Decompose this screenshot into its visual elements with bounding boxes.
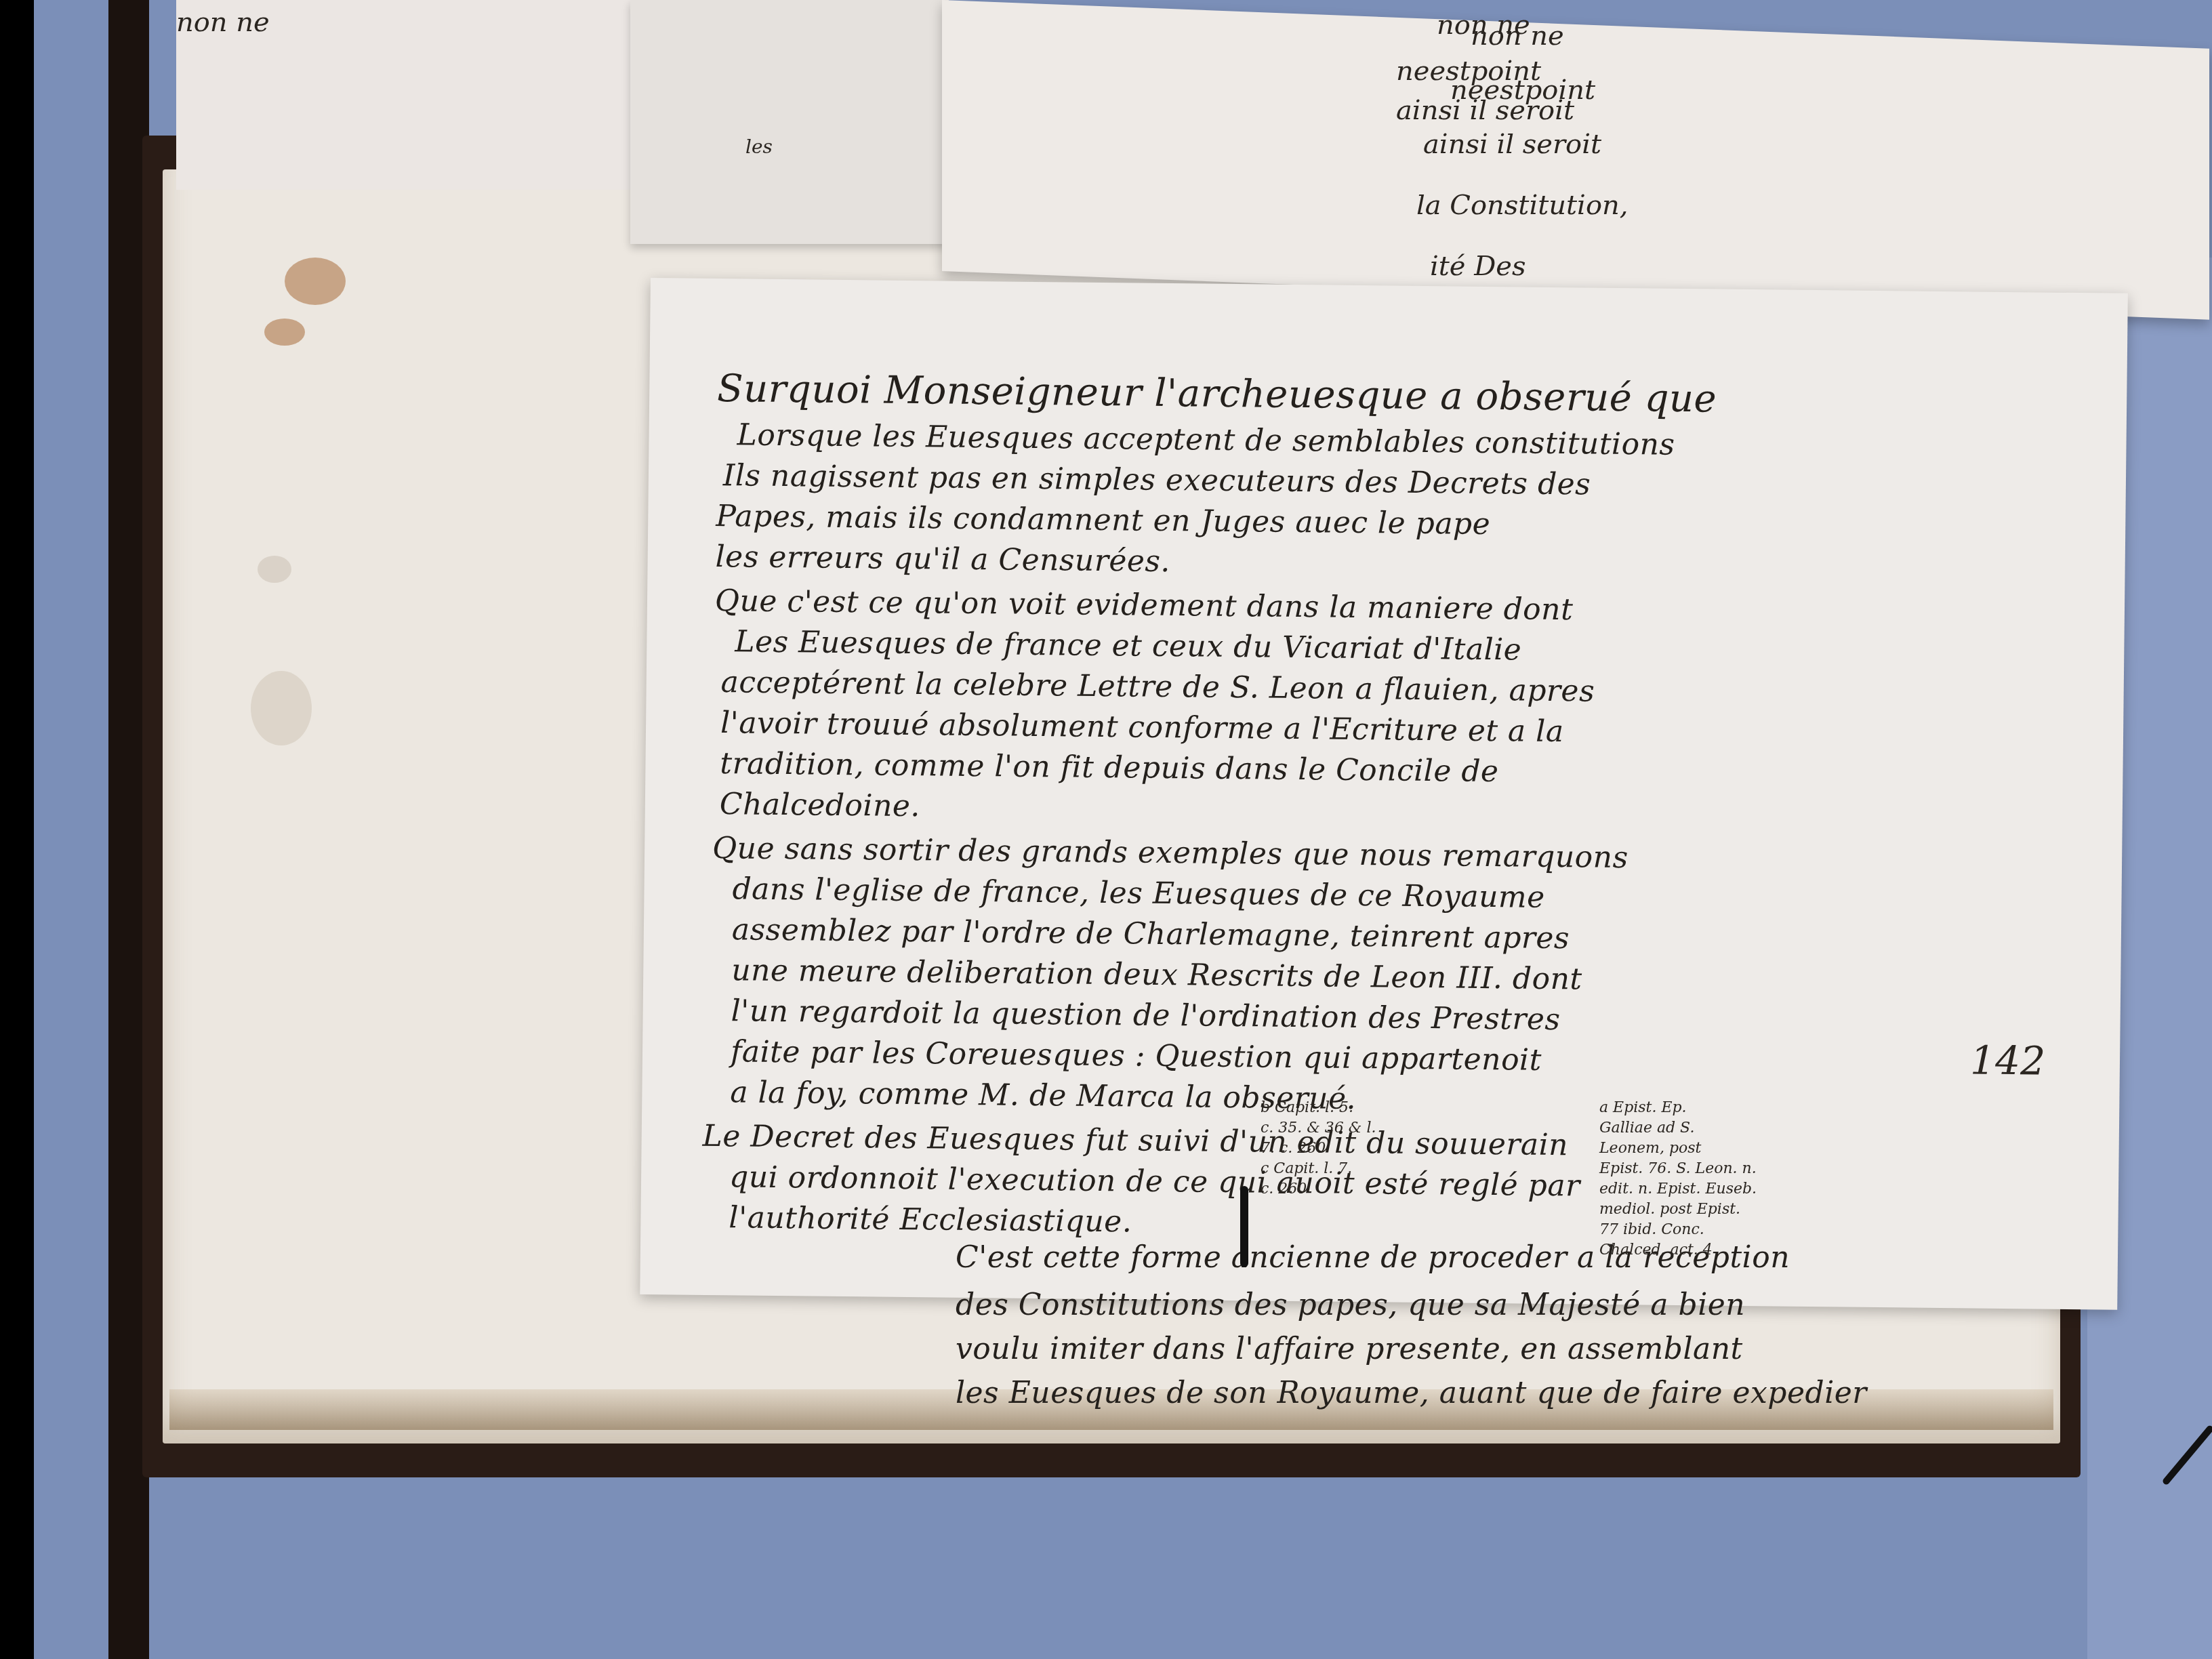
- margin-note-b: b Capit. l. 5. c. 35. & 36 & l. 7. c. 26…: [1261, 1098, 1376, 1200]
- margin-note-a: a Epist. Ep. Galliae ad S. Leonem, post …: [1599, 1098, 1757, 1261]
- margin-note-line: a Epist. Ep.: [1599, 1098, 1757, 1118]
- text-line: voulu imiter dans l'affaire presente, en…: [956, 1332, 1743, 1366]
- margin-note-line: c. 260: [1261, 1179, 1376, 1200]
- margin-note-line: Galliae ad S.: [1599, 1118, 1757, 1139]
- margin-note-line: Leonem, post: [1599, 1139, 1757, 1159]
- margin-note-line: edit. n. Epist. Euseb.: [1599, 1179, 1757, 1200]
- ink-blot: [1240, 1186, 1248, 1267]
- margin-note-line: b Capit. l. 5.: [1261, 1098, 1376, 1118]
- margin-note-line: 77 ibid. Conc.: [1599, 1220, 1757, 1240]
- lower-text-block: C'est cette forme ancienne de proceder a…: [0, 0, 2212, 1659]
- text-line: les Euesques de son Royaume, auant que d…: [956, 1376, 1867, 1410]
- margin-note-line: mediol. post Epist.: [1599, 1200, 1757, 1220]
- text-line: des Constitutions des papes, que sa Maje…: [956, 1288, 1745, 1322]
- margin-note-line: 7. c. 260: [1261, 1139, 1376, 1159]
- margin-note-line: Epist. 76. S. Leon. n.: [1599, 1159, 1757, 1179]
- margin-note-line: c Capit. l. 7.: [1261, 1159, 1376, 1179]
- margin-note-line: c. 35. & 36 & l.: [1261, 1118, 1376, 1139]
- margin-note-line: Chalced. act. 4: [1599, 1240, 1757, 1261]
